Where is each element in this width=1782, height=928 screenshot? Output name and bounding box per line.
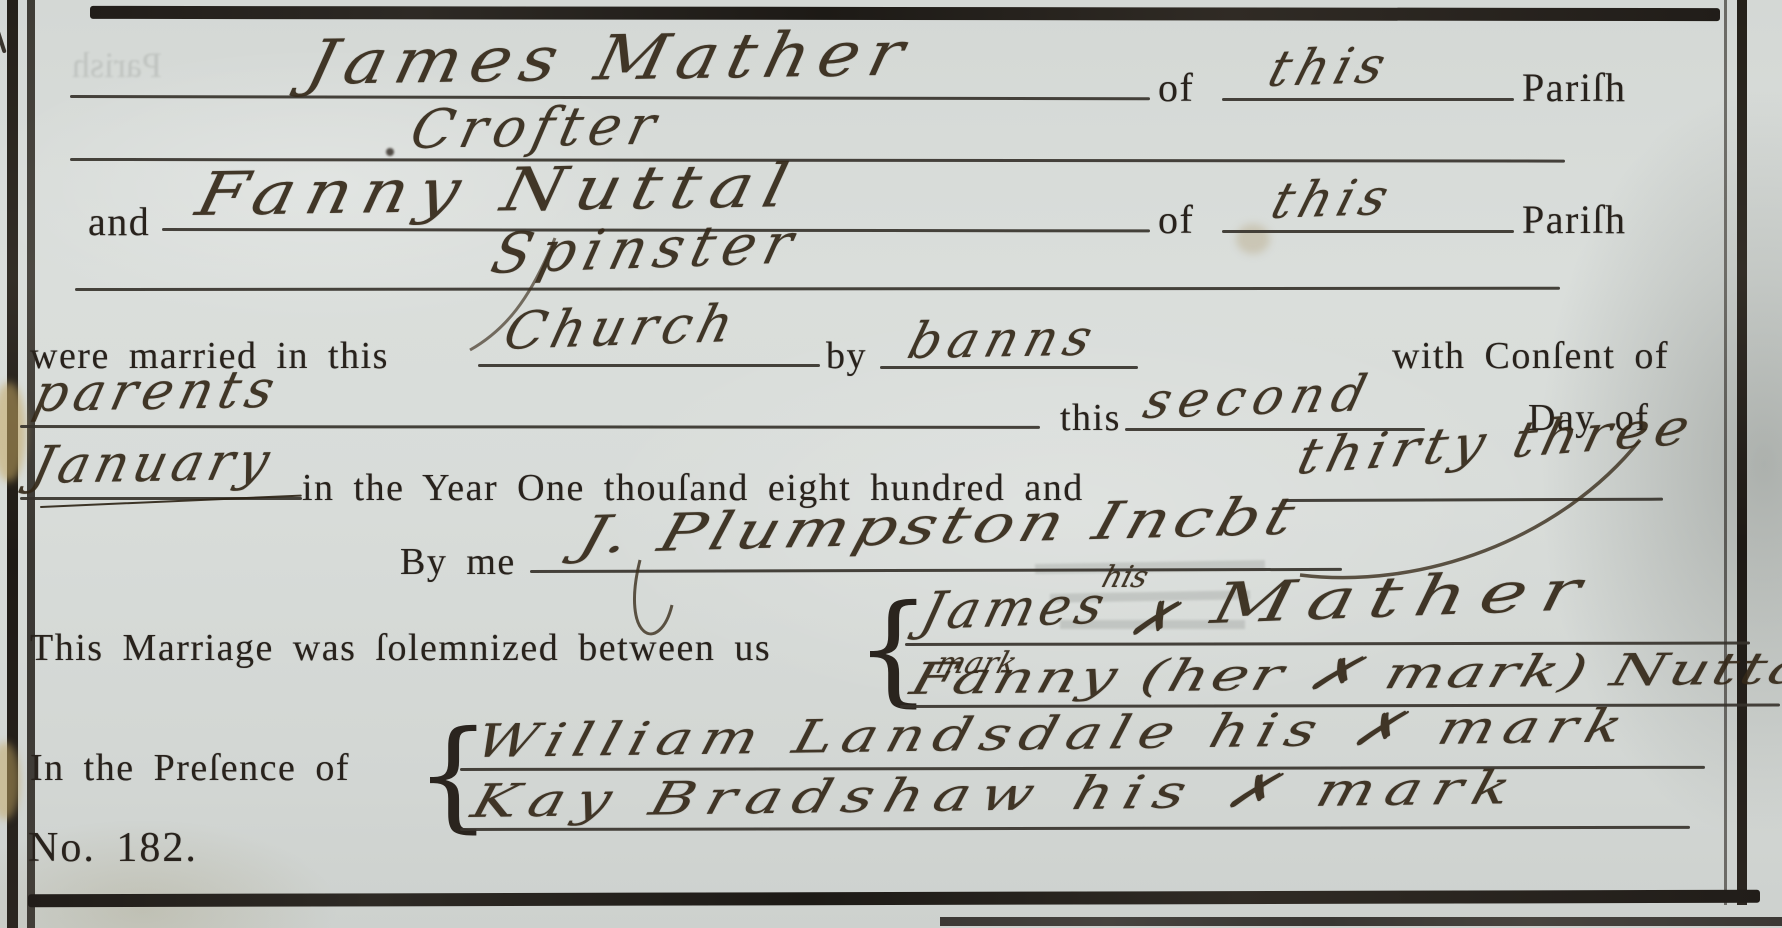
month-handwritten: January (26, 432, 280, 496)
frame-right-rule-outer (1737, 0, 1747, 905)
write-line (20, 425, 1040, 429)
corner-ink-stroke (0, 10, 7, 53)
write-line (1222, 230, 1514, 233)
and-label: and (88, 198, 150, 245)
groom-parish-handwritten: this (1262, 36, 1398, 98)
write-line (478, 364, 820, 367)
bride-condition-handwritten: Spinster (485, 211, 808, 287)
write-line (75, 287, 1560, 291)
groom-occupation-handwritten: Crofter (405, 94, 669, 161)
bride-parish-handwritten: this (1265, 168, 1401, 230)
groom-name-handwritten: James Mather (300, 17, 920, 99)
this-label: this (1060, 396, 1121, 440)
frame-bottom-edge-rule (940, 917, 1782, 926)
write-line (460, 826, 1690, 831)
place-handwritten: Church (498, 294, 746, 362)
record-number: No. 182. (28, 824, 198, 872)
groom-signature-surname: Mather (1206, 558, 1600, 637)
parish-label: Pariſh (1522, 64, 1627, 111)
with-consent-label: with Conſent of (1392, 334, 1669, 378)
presence-label: In the Preſence of (30, 746, 350, 790)
by-me-label: By me (400, 540, 516, 584)
consent-value-handwritten: parents (28, 360, 286, 424)
of-label: of (1158, 196, 1194, 243)
groom-signature-first: James (915, 576, 1115, 642)
by-label: by (826, 334, 867, 378)
write-line (1222, 98, 1514, 101)
stain-speck (386, 148, 394, 156)
register-page: Parish James Mather of this Pariſh Croft… (0, 0, 1782, 928)
parish-label: Pariſh (1522, 196, 1627, 243)
stain-left-edge (0, 382, 26, 482)
of-label: of (1158, 64, 1194, 111)
frame-bottom-rule (28, 890, 1760, 908)
frame-right-rule-inner (1724, 0, 1727, 905)
method-handwritten: banns (902, 309, 1105, 370)
bleedthrough-text: Parish (72, 44, 162, 86)
bride-signature-line: Fanny (her ✗ mark) Nuttal (905, 643, 1782, 705)
witness-1-handwritten: William Landsdale his ✗ mark (470, 698, 1638, 768)
day-handwritten: second (1138, 364, 1380, 430)
solemnized-label: This Marriage was ſolemnized between us (30, 626, 771, 670)
write-line (1285, 498, 1663, 502)
